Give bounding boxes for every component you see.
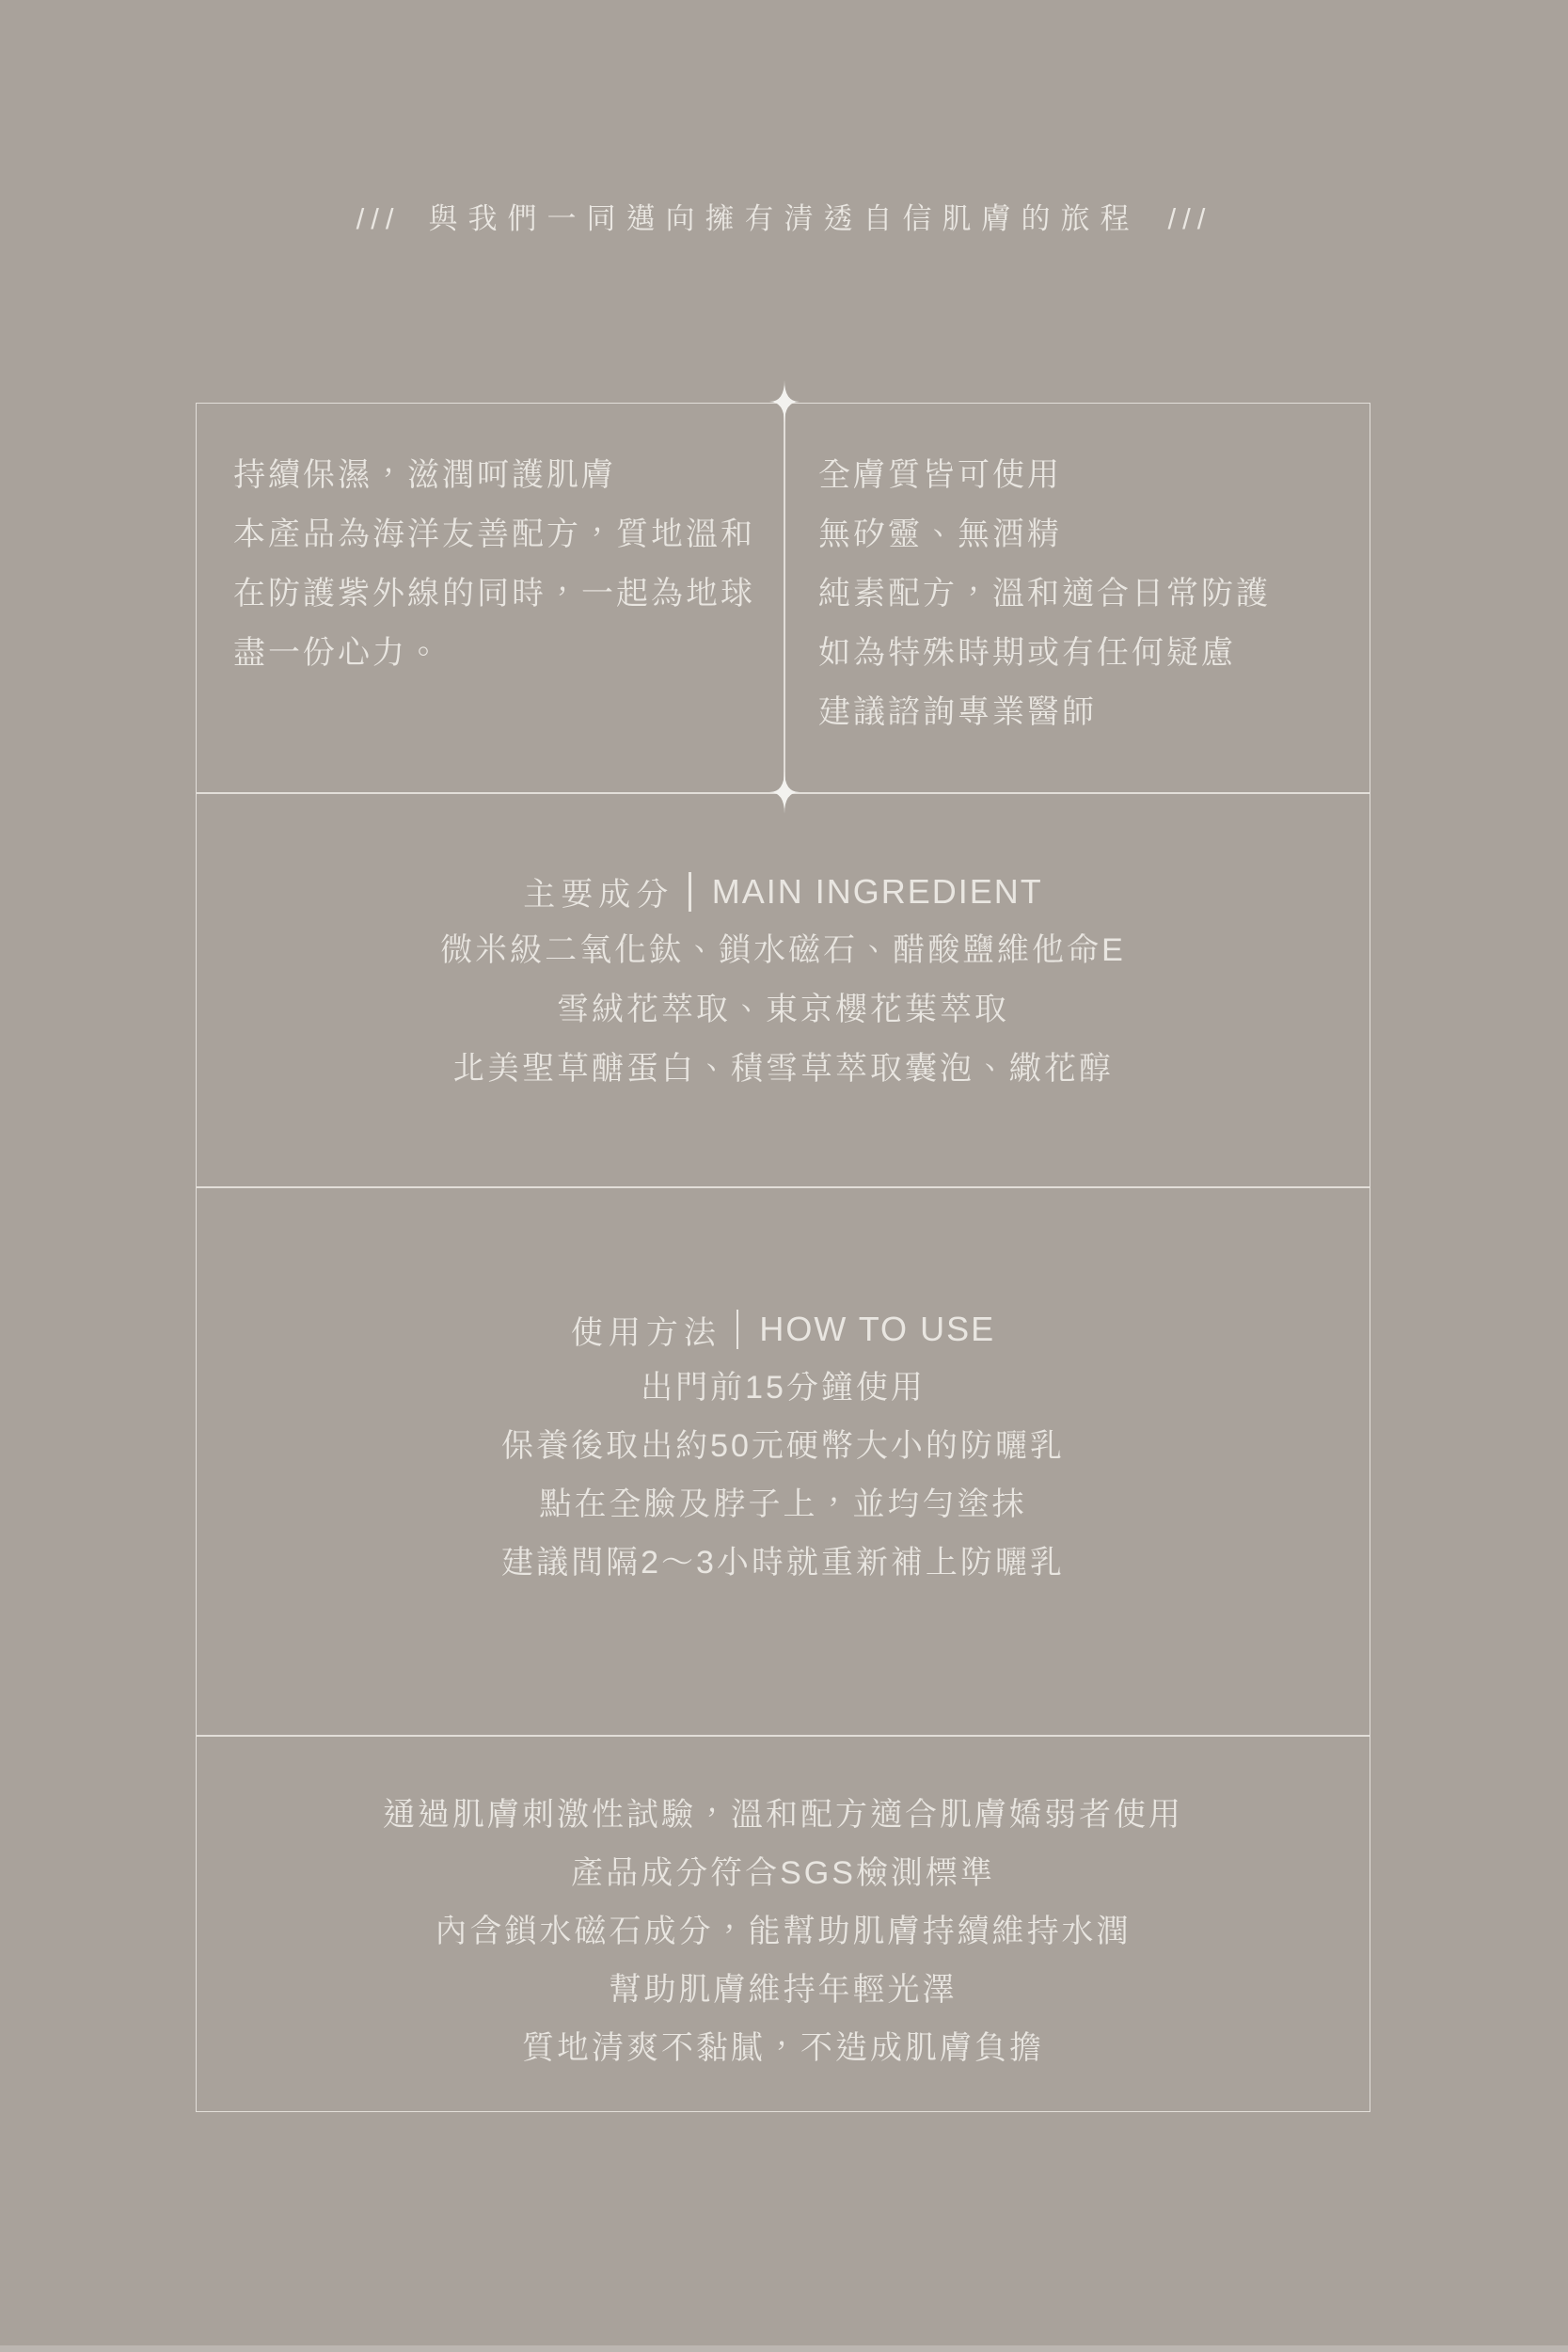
- bottom-edge-highlight: [0, 2345, 1568, 2352]
- claim-line: 幫助肌膚維持年輕光澤: [197, 1961, 1370, 2019]
- claim-line: 產品成分符合SGS檢測標準: [197, 1844, 1370, 1902]
- usage-step: 點在全臉及脖子上，並均勻塗抹: [197, 1475, 1370, 1534]
- benefits-right-column: 全膚質皆可使用 無矽靈、無酒精 純素配方，溫和適合日常防護 如為特殊時期或有任何…: [818, 446, 1271, 742]
- ingredients-title: 主要成分 MAIN INGREDIENT: [197, 862, 1370, 921]
- usage-step: 保養後取出約50元硬幣大小的防曬乳: [197, 1417, 1370, 1475]
- benefit-line: 持續保濕，滋潤呵護肌膚: [233, 446, 755, 505]
- section-ingredients: 主要成分 MAIN INGREDIENT 微米級二氧化鈦、鎖水磁石、醋酸鹽維他命…: [197, 794, 1370, 1186]
- claim-line: 內含鎖水磁石成分，能幫助肌膚持續維持水潤: [197, 1902, 1370, 1961]
- benefit-line: 在防護紫外線的同時，一起為地球: [233, 564, 755, 624]
- ingredients-title-en: MAIN INGREDIENT: [712, 872, 1043, 912]
- usage-step: 建議間隔2～3小時就重新補上防曬乳: [197, 1534, 1370, 1592]
- slashes-left-icon: ///: [356, 198, 401, 241]
- sparkle-icon: [769, 771, 800, 814]
- benefit-line: 全膚質皆可使用: [818, 446, 1271, 505]
- benefit-line: 本產品為海洋友善配方，質地溫和: [233, 505, 755, 564]
- tagline-text: 與我們一同邁向擁有清透自信肌膚的旅程: [429, 198, 1140, 241]
- tagline: /// 與我們一同邁向擁有清透自信肌膚的旅程 ///: [0, 198, 1568, 241]
- benefit-line: 盡一份心力。: [233, 624, 755, 683]
- section-claims: 通過肌膚刺激性試驗，溫和配方適合肌膚嬌弱者使用 產品成分符合SGS檢測標準 內含…: [197, 1735, 1370, 2111]
- benefit-line: 純素配方，溫和適合日常防護: [818, 564, 1271, 624]
- ingredients-title-zh: 主要成分: [523, 868, 673, 914]
- benefit-line: 無矽靈、無酒精: [818, 505, 1271, 564]
- ingredient-line: 北美聖草醣蛋白、積雪草萃取囊泡、繖花醇: [197, 1040, 1370, 1099]
- usage-title: 使用方法 HOW TO USE: [197, 1300, 1370, 1359]
- benefits-left-column: 持續保濕，滋潤呵護肌膚 本產品為海洋友善配方，質地溫和 在防護紫外線的同時，一起…: [233, 446, 755, 683]
- section-usage: 使用方法 HOW TO USE 出門前15分鐘使用 保養後取出約50元硬幣大小的…: [197, 1186, 1370, 1735]
- sparkle-icon: [769, 380, 800, 423]
- title-separator-bar: [689, 872, 691, 912]
- usage-title-zh: 使用方法: [571, 1307, 721, 1353]
- ingredient-line: 雪絨花萃取、東京櫻花葉萃取: [197, 980, 1370, 1040]
- benefit-line: 如為特殊時期或有任何疑慮: [818, 624, 1271, 683]
- section-benefits: 持續保濕，滋潤呵護肌膚 本產品為海洋友善配方，質地溫和 在防護紫外線的同時，一起…: [197, 404, 1370, 794]
- info-grid: 持續保濕，滋潤呵護肌膚 本產品為海洋友善配方，質地溫和 在防護紫外線的同時，一起…: [196, 403, 1370, 2112]
- product-info-page: /// 與我們一同邁向擁有清透自信肌膚的旅程 /// 持續保濕，滋潤呵護肌膚 本…: [0, 0, 1568, 2352]
- slashes-right-icon: ///: [1168, 198, 1212, 241]
- claim-line: 通過肌膚刺激性試驗，溫和配方適合肌膚嬌弱者使用: [197, 1786, 1370, 1844]
- benefit-line: 建議諮詢專業醫師: [818, 683, 1271, 742]
- title-separator-bar: [736, 1310, 739, 1349]
- ingredient-line: 微米級二氧化鈦、鎖水磁石、醋酸鹽維他命E: [197, 921, 1370, 980]
- usage-step: 出門前15分鐘使用: [197, 1359, 1370, 1417]
- claim-line: 質地清爽不黏膩，不造成肌膚負擔: [197, 2019, 1370, 2077]
- usage-title-en: HOW TO USE: [759, 1310, 995, 1349]
